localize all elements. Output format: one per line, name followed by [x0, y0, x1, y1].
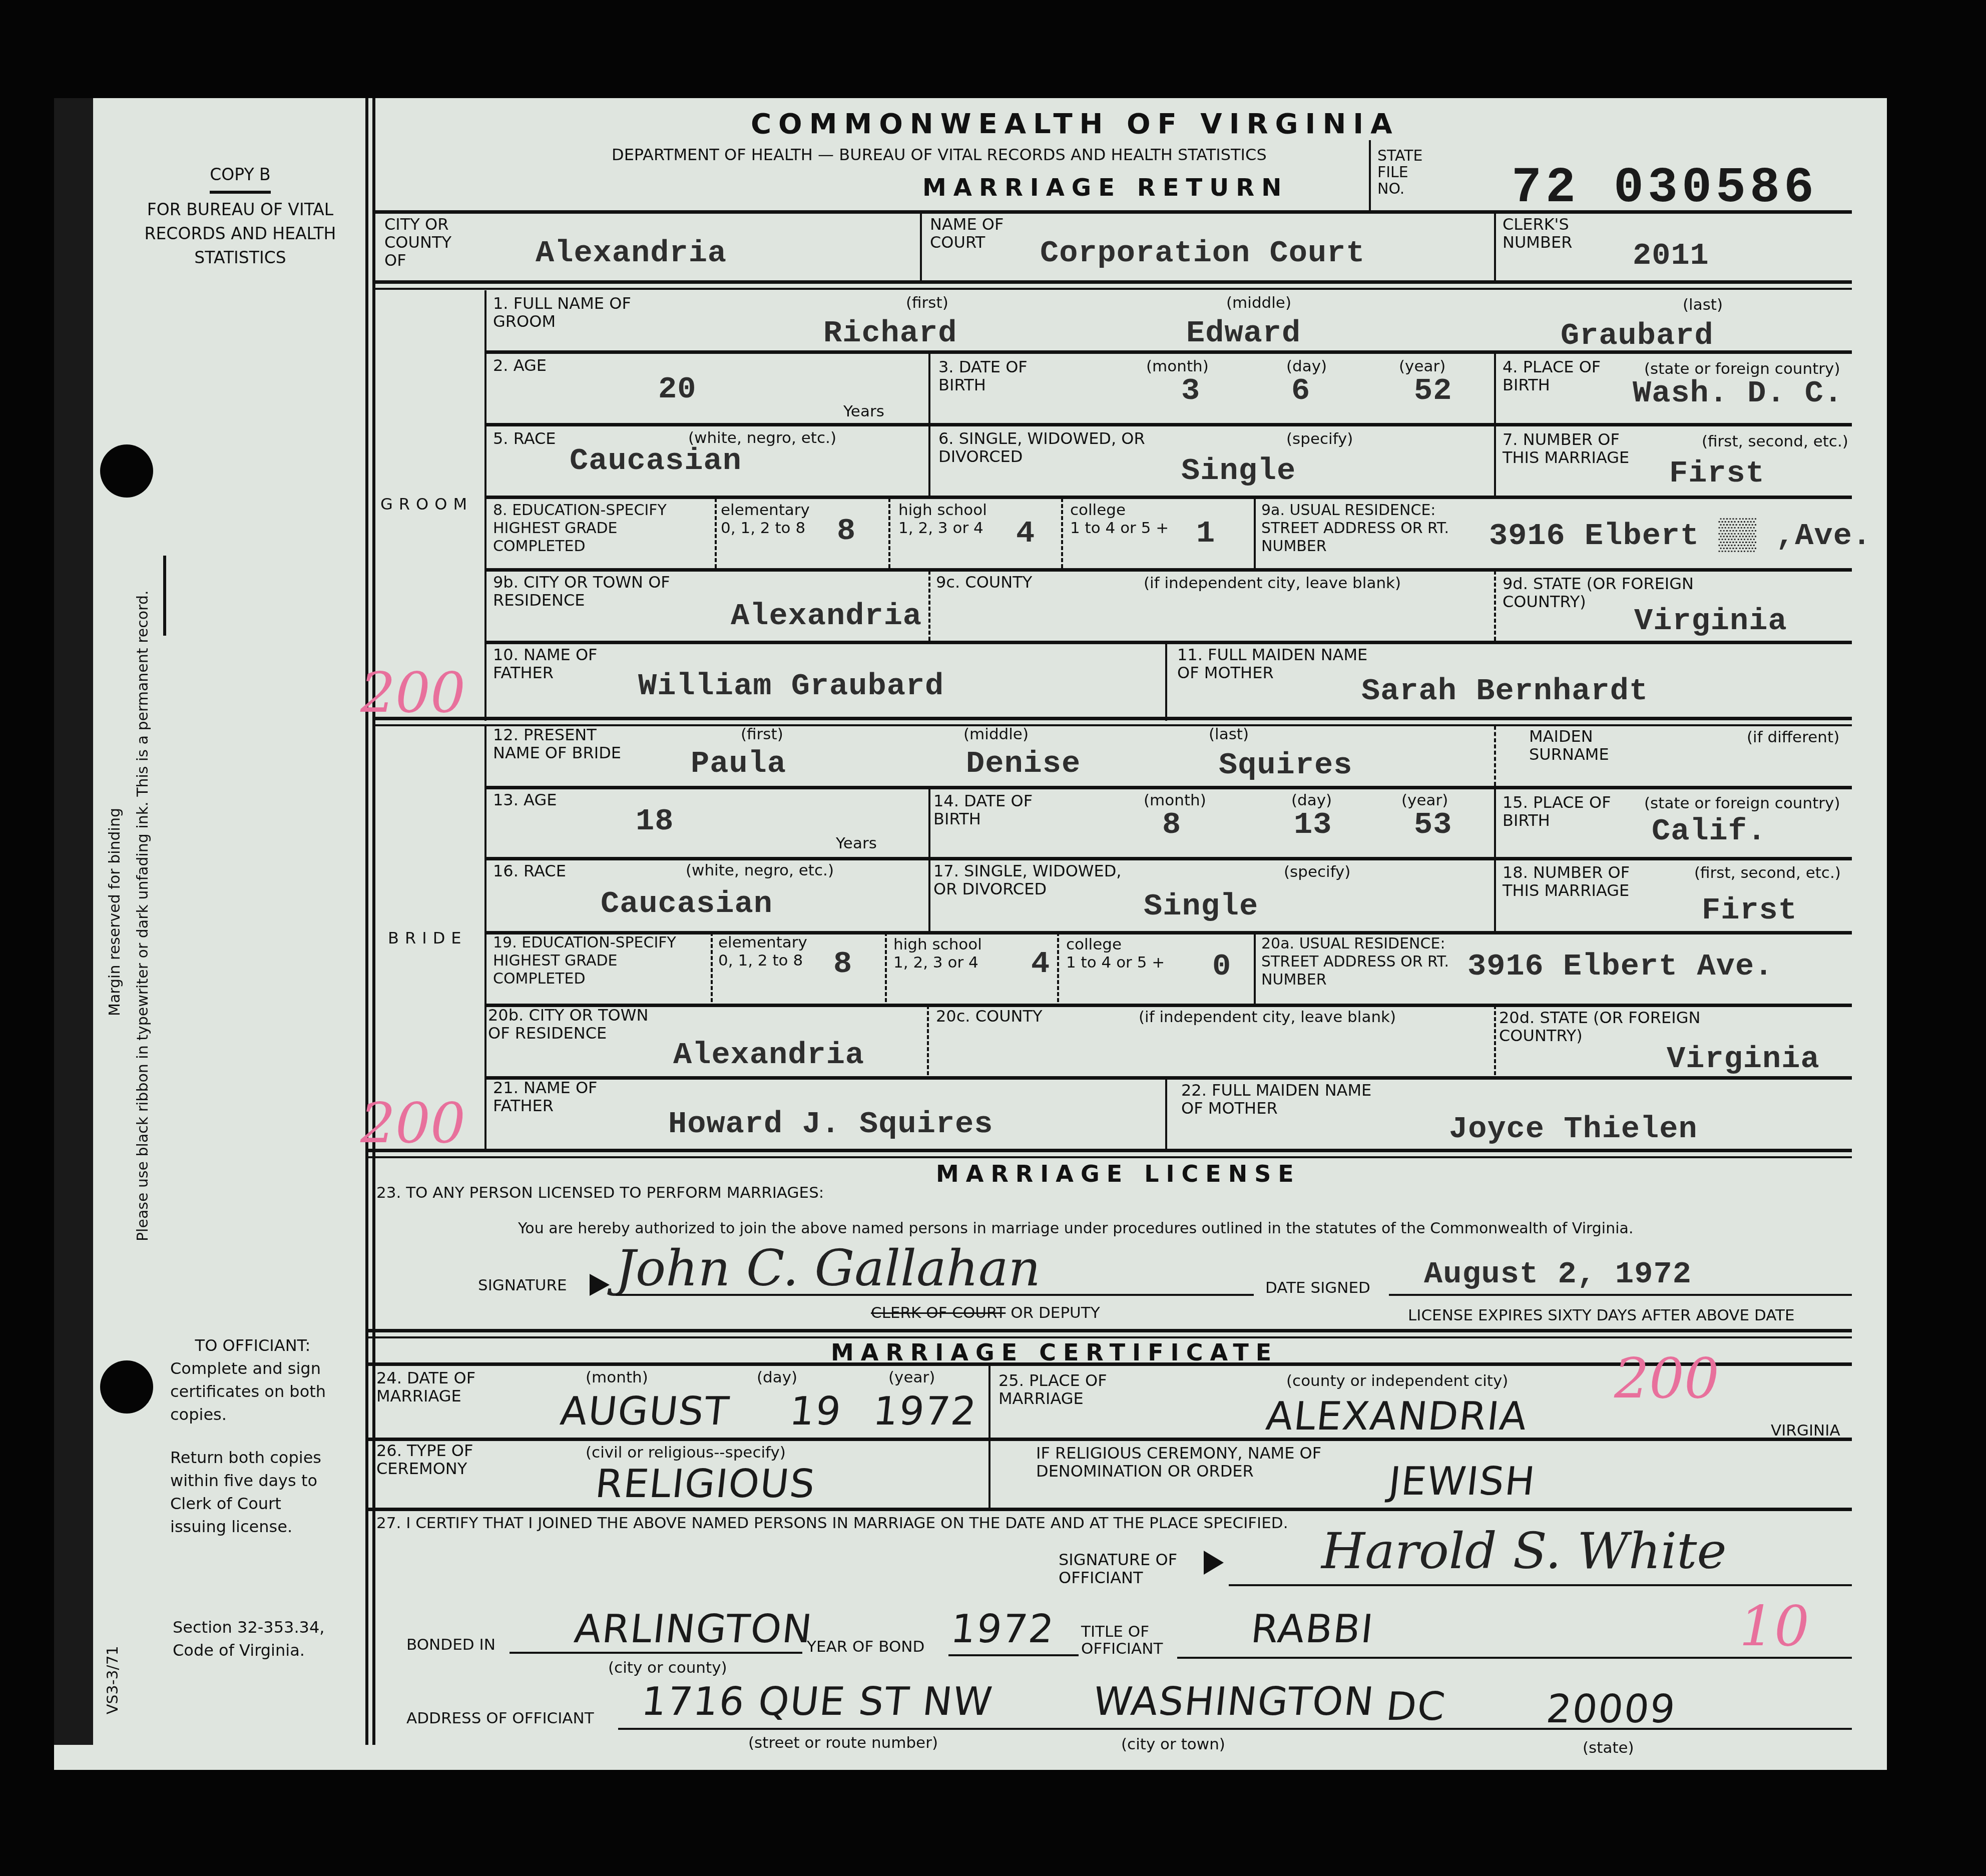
- divider: [1254, 932, 1256, 1005]
- section-reference: Section 32-353.34, Code of Virginia.: [173, 1616, 343, 1662]
- officiant-state: DC: [1384, 1684, 1448, 1729]
- bride-residence-label: 20a. USUAL RESIDENCE: STREET ADDRESS OR …: [1261, 935, 1471, 989]
- license-signer-role: CLERK OF COURT OR DEPUTY: [871, 1304, 1100, 1322]
- rule: [375, 717, 1852, 720]
- groom-race: Caucasian: [570, 443, 742, 479]
- hint: (state or foreign country): [1644, 360, 1840, 377]
- rule: [484, 857, 1852, 860]
- officiant-instruction-2: Return both copies within five days to C…: [170, 1446, 335, 1538]
- ceremony-type-label: 26. TYPE OF CEREMONY: [376, 1442, 486, 1478]
- bride-middle-name: Denise: [966, 746, 1081, 781]
- certificate-title: MARRIAGE CERTIFICATE: [831, 1339, 1278, 1366]
- college-range: 1 to 4 or 5 +: [1066, 954, 1165, 971]
- clerk-number-label: CLERK'S NUMBER: [1503, 215, 1578, 251]
- hint: (year): [1399, 358, 1445, 375]
- bond-year-line: [948, 1654, 1079, 1656]
- groom-block-divider: [484, 290, 486, 721]
- bride-annotation: 200: [360, 1091, 465, 1155]
- hint: (last): [1209, 726, 1249, 743]
- marriage-year: 1972: [871, 1389, 979, 1434]
- divider: [1494, 726, 1496, 786]
- groom-status-label: 6. SINGLE, WIDOWED, OR DIVORCED: [938, 429, 1154, 465]
- groom-age-label: 2. AGE: [493, 356, 547, 374]
- rule: [484, 568, 1852, 572]
- groom-state: Virginia: [1634, 603, 1787, 639]
- groom-first-name: Richard: [823, 315, 957, 351]
- groom-place-of-birth: Wash. D. C.: [1633, 375, 1843, 411]
- date-line: [1389, 1294, 1852, 1296]
- elementary-label: elementary: [721, 502, 810, 519]
- groom-marital-status: Single: [1181, 453, 1296, 489]
- bride-city-label: 20b. CITY OR TOWN OF RESIDENCE: [488, 1006, 668, 1042]
- groom-father-name: William Graubard: [638, 668, 944, 704]
- groom-mother-maiden-name: Sarah Bernhardt: [1361, 673, 1648, 709]
- hint: (month): [1144, 792, 1206, 809]
- bride-dob-label: 14. DATE OF BIRTH: [933, 792, 1059, 828]
- groom-education-label: 8. EDUCATION-SPECIFY HIGHEST GRADE COMPL…: [493, 502, 713, 556]
- bride-mother-label: 22. FULL MAIDEN NAME OF MOTHER: [1181, 1081, 1381, 1117]
- hint: (year): [888, 1369, 935, 1386]
- copy-b-label: COPY B: [130, 163, 350, 194]
- clerk-number-value: 2011: [1633, 238, 1709, 273]
- bride-college: 0: [1212, 949, 1231, 984]
- bride-state: Virginia: [1667, 1041, 1820, 1077]
- bride-status-label: 17. SINGLE, WIDOWED, OR DIVORCED: [933, 862, 1149, 898]
- rule: [365, 1156, 1852, 1158]
- arrow-right-icon: [1204, 1551, 1224, 1575]
- bride-dob-year: 53: [1414, 807, 1452, 842]
- groom-mother-label: 11. FULL MAIDEN NAME OF MOTHER: [1177, 646, 1377, 682]
- elementary-range: 0, 1, 2 to 8: [721, 520, 805, 537]
- years-hint: Years: [843, 403, 884, 420]
- officiant-heading: TO OFFICIANT:: [170, 1334, 335, 1357]
- high-school-label: high school: [893, 936, 982, 953]
- officiant-instructions: TO OFFICIANT: Complete and sign certific…: [170, 1334, 335, 1538]
- groom-father-label: 10. NAME OF FATHER: [493, 646, 618, 682]
- hint: (month): [1146, 358, 1209, 375]
- high-school-range: 1, 2, 3 or 4: [893, 954, 978, 971]
- divider: [1254, 498, 1256, 568]
- groom-street-address: 3916 Elbert ▒▒ ,Ave.: [1489, 518, 1871, 554]
- form-code: VS3-3/71: [104, 1646, 122, 1714]
- college-label: college: [1070, 502, 1126, 519]
- groom-county-label: 9c. COUNTY: [936, 573, 1032, 591]
- hint: (city or town): [1121, 1736, 1225, 1753]
- bride-mother-maiden-name: Joyce Thielen: [1449, 1111, 1698, 1147]
- groom-middle-name: Edward: [1186, 315, 1301, 351]
- address-line: [618, 1728, 1852, 1730]
- marriage-place: ALEXANDRIA: [1264, 1394, 1530, 1439]
- hint: (civil or religious--specify): [586, 1444, 786, 1461]
- city-county-label: CITY OR COUNTY OF: [384, 215, 469, 269]
- groom-marriage-number-label: 7. NUMBER OF THIS MARRIAGE: [1503, 430, 1653, 466]
- hint: (first): [741, 726, 783, 743]
- denomination-label: IF RELIGIOUS CEREMONY, NAME OF DENOMINAT…: [1036, 1444, 1346, 1480]
- elementary-range: 0, 1, 2 to 8: [718, 952, 803, 969]
- hint: (county or independent city): [1286, 1372, 1508, 1389]
- sidebar-rule-inner: [372, 98, 375, 1745]
- divider: [928, 787, 930, 857]
- hint: (specify): [1284, 863, 1350, 880]
- hint: (state): [1583, 1739, 1634, 1756]
- groom-pob-label: 4. PLACE OF BIRTH: [1503, 358, 1613, 394]
- signature-line: [616, 1294, 1254, 1296]
- hint: (middle): [1226, 294, 1291, 311]
- officiant-instruction-1: Complete and sign certificates on both c…: [170, 1357, 335, 1426]
- bonded-line: [510, 1652, 802, 1654]
- arrow-right-icon: [590, 1274, 610, 1296]
- rule: [365, 1438, 1852, 1441]
- groom-annotation: 200: [360, 661, 465, 725]
- bond-year-label: YEAR OF BOND: [807, 1638, 924, 1656]
- divider: [711, 932, 713, 1002]
- elementary-label: elementary: [718, 934, 807, 951]
- hint: (first, second, etc.): [1702, 433, 1848, 450]
- court-name-value: Corporation Court: [1040, 235, 1365, 271]
- rule: [484, 350, 1852, 354]
- form-name: MARRIAGE RETURN: [922, 174, 1288, 202]
- hint: (month): [586, 1369, 648, 1386]
- bride-father-name: Howard J. Squires: [668, 1106, 994, 1142]
- divider: [928, 857, 930, 932]
- certification-statement: 27. I CERTIFY THAT I JOINED THE ABOVE NA…: [376, 1514, 1288, 1532]
- divider: [920, 212, 922, 283]
- title-annotation: 10: [1739, 1594, 1809, 1658]
- form-title: COMMONWEALTH OF VIRGINIA: [751, 108, 1399, 140]
- divider: [888, 498, 890, 568]
- rule: [484, 1076, 1852, 1080]
- copy-for-note: FOR BUREAU OF VITAL RECORDS AND HEALTH S…: [130, 198, 350, 270]
- license-authorization: You are hereby authorized to join the ab…: [518, 1220, 1633, 1237]
- divider: [927, 1005, 929, 1075]
- marriage-place-label: 25. PLACE OF MARRIAGE: [999, 1371, 1124, 1408]
- bride-education-label: 19. EDUCATION-SPECIFY HIGHEST GRADE COMP…: [493, 934, 713, 988]
- ink-note: Please use black ribbon in typewriter or…: [134, 590, 152, 1241]
- hint: (white, negro, etc.): [686, 862, 834, 879]
- bond-year-value: 1972: [948, 1607, 1057, 1652]
- groom-residence-label: 9a. USUAL RESIDENCE: STREET ADDRESS OR R…: [1261, 502, 1471, 556]
- department-line: DEPARTMENT OF HEALTH — BUREAU OF VITAL R…: [612, 145, 1267, 164]
- hint: (day): [757, 1369, 797, 1386]
- high-school-range: 1, 2, 3 or 4: [898, 520, 983, 537]
- hint: (if independent city, leave blank): [1139, 1009, 1396, 1026]
- bride-dob-day: 13: [1294, 807, 1332, 842]
- bride-father-label: 21. NAME OF FATHER: [493, 1079, 618, 1115]
- bride-street-address: 3916 Elbert Ave.: [1467, 949, 1773, 984]
- ceremony-type: RELIGIOUS: [593, 1462, 818, 1507]
- groom-high-school: 4: [1016, 516, 1035, 551]
- divider: [1494, 212, 1496, 283]
- rule: [365, 1336, 1852, 1338]
- officiant-title: RABBI: [1249, 1607, 1376, 1652]
- state-file-number: 72 030586: [1512, 160, 1818, 217]
- divider: [1494, 857, 1496, 932]
- license-expiry-note: LICENSE EXPIRES SIXTY DAYS AFTER ABOVE D…: [1408, 1306, 1795, 1324]
- groom-dob-day: 6: [1291, 373, 1310, 408]
- license-signature-label: SIGNATURE: [478, 1276, 567, 1294]
- years-hint: Years: [836, 835, 877, 852]
- bride-marriage-number: First: [1702, 892, 1797, 928]
- bride-last-name: Squires: [1219, 747, 1352, 783]
- court-name-label: NAME OF COURT: [930, 215, 1005, 251]
- marriage-month: AUGUST: [558, 1389, 732, 1434]
- date-signed-label: DATE SIGNED: [1265, 1279, 1370, 1297]
- marriage-state: VIRGINIA: [1771, 1422, 1840, 1440]
- punch-hole-bottom: [100, 1360, 153, 1414]
- groom-section-label: GROOM: [380, 495, 473, 514]
- bonded-in-label: BONDED IN: [406, 1636, 495, 1654]
- hint: (street or route number): [748, 1734, 938, 1751]
- divider: [1494, 1005, 1496, 1075]
- officiant-city: WASHINGTON: [1091, 1679, 1376, 1724]
- punch-hole-top: [100, 444, 153, 498]
- bride-city: Alexandria: [673, 1037, 864, 1073]
- groom-elementary: 8: [837, 513, 856, 549]
- clerk-signature: John C. Gallahan: [616, 1239, 1041, 1297]
- state-file-rule: [1369, 210, 1852, 214]
- rule: [365, 1508, 1852, 1511]
- hint: (if different): [1747, 729, 1839, 746]
- bride-place-of-birth: Calif.: [1652, 813, 1766, 849]
- place-annotation: 200: [1614, 1346, 1719, 1411]
- hint: (city or county): [608, 1659, 727, 1676]
- rule-header-bottom: [375, 210, 1371, 214]
- bride-section-label: BRIDE: [388, 928, 467, 948]
- groom-dob-year: 52: [1414, 373, 1452, 408]
- signer-role-text: OR DEPUTY: [1006, 1304, 1100, 1322]
- maiden-surname-label: MAIDEN SURNAME: [1529, 727, 1609, 763]
- officiant-zip: 20009: [1544, 1687, 1678, 1732]
- bride-dob-month: 8: [1162, 807, 1181, 842]
- groom-marriage-number: First: [1669, 455, 1765, 491]
- rule: [365, 1149, 1852, 1152]
- rule: [484, 423, 1852, 426]
- hint: (day): [1291, 792, 1332, 809]
- bride-age-label: 13. AGE: [493, 791, 557, 809]
- hint: (middle): [963, 726, 1029, 743]
- hint: (year): [1401, 792, 1448, 809]
- hint: (day): [1286, 358, 1327, 375]
- rule: [365, 1329, 1852, 1332]
- bride-first-name: Paula: [691, 746, 786, 781]
- divider: [715, 498, 717, 568]
- divider: [928, 571, 930, 641]
- divider: [885, 932, 887, 1002]
- high-school-label: high school: [898, 502, 987, 519]
- bride-marriage-number-label: 18. NUMBER OF THIS MARRIAGE: [1503, 863, 1653, 899]
- divider: [1165, 1077, 1167, 1151]
- rule: [484, 496, 1852, 499]
- rule: [375, 280, 1852, 284]
- officiant-signature-label: SIGNATURE OF OFFICIANT: [1059, 1551, 1224, 1587]
- binding-strip: [54, 98, 93, 1745]
- divider: [1494, 787, 1496, 857]
- hint: (state or foreign country): [1644, 795, 1840, 812]
- rule: [484, 1004, 1852, 1007]
- bride-marital-status: Single: [1144, 888, 1258, 924]
- hint: (first, second, etc.): [1694, 864, 1841, 881]
- state-file-divider: [1369, 140, 1371, 210]
- groom-last-name: Graubard: [1561, 318, 1714, 353]
- officiant-street: 1716 QUE ST NW: [639, 1679, 995, 1724]
- groom-college: 1: [1196, 516, 1215, 551]
- license-addressee: 23. TO ANY PERSON LICENSED TO PERFORM MA…: [376, 1184, 824, 1202]
- bride-state-label: 20d. STATE (OR FOREIGN COUNTRY): [1499, 1009, 1709, 1045]
- officiant-title-label: TITLE OF OFFICIANT: [1081, 1623, 1171, 1657]
- college-label: college: [1066, 936, 1122, 953]
- ink-note-underline: [163, 556, 166, 636]
- college-range: 1 to 4 or 5 +: [1070, 520, 1169, 537]
- groom-dob-label: 3. DATE OF BIRTH: [938, 358, 1064, 394]
- divider: [1494, 571, 1496, 641]
- license-title: MARRIAGE LICENSE: [936, 1160, 1301, 1187]
- hint: (if independent city, leave blank): [1144, 575, 1401, 592]
- divider: [1057, 932, 1059, 1002]
- groom-city: Alexandria: [731, 598, 922, 634]
- officiant-signature: Harold S. White: [1321, 1522, 1727, 1580]
- hint: (specify): [1286, 430, 1353, 447]
- marriage-date-label: 24. DATE OF MARRIAGE: [376, 1369, 486, 1405]
- groom-dob-month: 3: [1181, 373, 1200, 408]
- margin-note: Margin reserved for binding: [106, 808, 124, 1016]
- officiant-address-label: ADDRESS OF OFFICIANT: [406, 1709, 594, 1727]
- state-file-label: STATE FILE NO.: [1377, 148, 1422, 197]
- bonded-in-value: ARLINGTON: [572, 1607, 815, 1652]
- date-signed-value: August 2, 1972: [1424, 1256, 1692, 1292]
- sidebar-rule-outer: [365, 98, 368, 1745]
- bride-race-label: 16. RACE: [493, 862, 566, 880]
- bride-elementary: 8: [833, 946, 852, 982]
- hint: (first): [906, 294, 948, 311]
- bride-pob-label: 15. PLACE OF BIRTH: [1503, 793, 1613, 829]
- groom-name-label: 1. FULL NAME OF GROOM: [493, 294, 643, 330]
- divider: [1061, 498, 1063, 568]
- bride-name-label: 12. PRESENT NAME OF BRIDE: [493, 726, 643, 762]
- denomination: JEWISH: [1386, 1459, 1538, 1504]
- bride-age: 18: [636, 803, 674, 839]
- rule: [484, 786, 1852, 789]
- divider: [988, 1364, 990, 1509]
- divider: [1165, 642, 1167, 721]
- officiant-signature-line: [1229, 1584, 1852, 1586]
- officiant-title-line: [1177, 1657, 1852, 1659]
- groom-age: 20: [658, 371, 696, 407]
- city-county-value: Alexandria: [536, 235, 727, 271]
- bride-county-label: 20c. COUNTY: [936, 1007, 1043, 1025]
- bride-high-school: 4: [1031, 946, 1050, 982]
- hint: (last): [1683, 296, 1723, 313]
- marriage-day: 19: [787, 1389, 844, 1434]
- rule: [375, 288, 1852, 290]
- groom-race-label: 5. RACE: [493, 429, 556, 447]
- rule: [484, 641, 1852, 644]
- groom-city-label: 9b. CITY OR TOWN OF RESIDENCE: [493, 573, 673, 609]
- signer-struck-text: CLERK OF COURT: [871, 1304, 1006, 1322]
- bride-race: Caucasian: [601, 886, 773, 921]
